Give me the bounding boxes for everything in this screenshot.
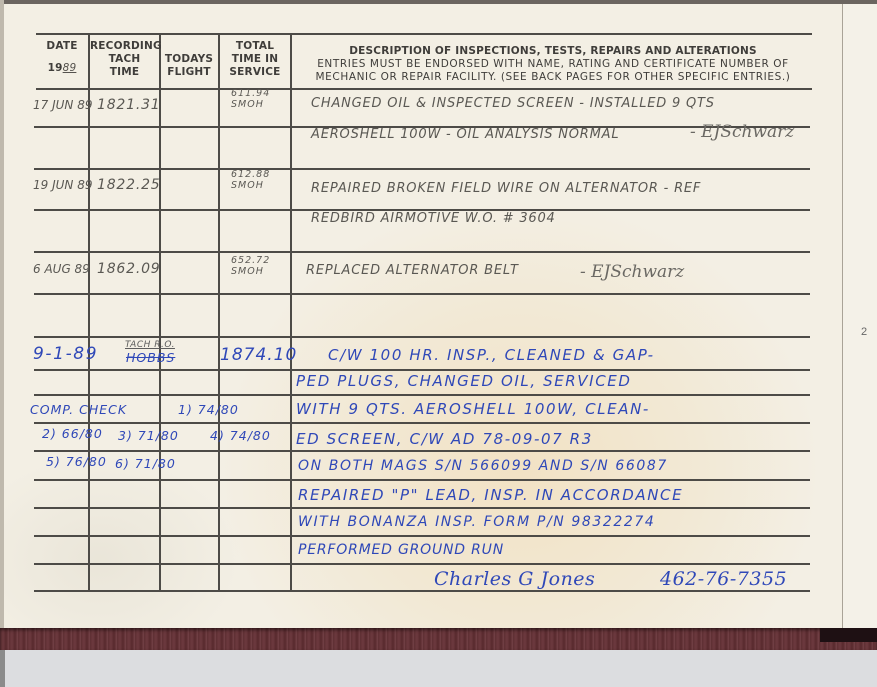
header-tach-line3: TIME bbox=[90, 66, 159, 79]
header-flight-line1: TODAYS bbox=[160, 53, 218, 66]
entry-total-time-note: SMOH bbox=[231, 100, 264, 110]
book-binding bbox=[0, 628, 877, 650]
compression-check-label: COMP. CHECK bbox=[30, 402, 127, 417]
header-total-line1: TOTAL bbox=[220, 40, 290, 53]
header-description-title: DESCRIPTION OF INSPECTIONS, TESTS, REPAI… bbox=[296, 45, 810, 58]
grid-row-line bbox=[34, 293, 810, 295]
grid-col-line-date-tach bbox=[88, 33, 90, 591]
scanner-background bbox=[0, 650, 877, 687]
entry-date: 9-1-89 bbox=[33, 344, 98, 364]
grid-header-bottom-line bbox=[36, 88, 812, 90]
grid-row-line bbox=[34, 168, 810, 170]
adjacent-page-number: 2 bbox=[861, 326, 867, 338]
entry-date: 17 JUN 89 bbox=[33, 98, 92, 112]
entry-description-line: CHANGED OIL & INSPECTED SCREEN - INSTALL… bbox=[311, 96, 715, 111]
grid-col-line-total-desc bbox=[290, 33, 292, 591]
grid-col-line-flight-total bbox=[218, 33, 220, 591]
compression-check-cylinder: 5) 76/80 bbox=[46, 454, 107, 469]
entry-total-time: 611.94 bbox=[231, 89, 270, 99]
entry-description-line: C/W 100 HR. INSP., CLEANED & GAP- bbox=[328, 346, 655, 364]
entry-description-line: REPLACED ALTERNATOR BELT bbox=[306, 263, 519, 278]
entry-tach-label-struck: HOBBS bbox=[126, 350, 175, 365]
scanner-edge bbox=[0, 650, 5, 687]
entry-total-time-note: SMOH bbox=[231, 267, 264, 277]
compression-check-cylinder: 1) 74/80 bbox=[178, 402, 239, 417]
grid-bottom-line bbox=[34, 590, 810, 592]
header-date-label: DATE bbox=[36, 40, 88, 53]
binding-corner bbox=[820, 628, 877, 642]
header-description-line2: ENTRIES MUST BE ENDORSED WITH NAME, RATI… bbox=[296, 58, 810, 71]
header-total-line3: SERVICE bbox=[220, 66, 290, 79]
grid-row-line bbox=[34, 535, 810, 537]
entry-description-line: WITH BONANZA INSP. FORM P/N 98322274 bbox=[298, 514, 655, 530]
logbook-page bbox=[0, 0, 843, 628]
header-total-time-in-service: TOTAL TIME IN SERVICE bbox=[220, 40, 290, 79]
entry-signature: Charles G Jones bbox=[434, 568, 595, 590]
grid-col-line-tach-flight bbox=[159, 33, 161, 591]
grid-row-line bbox=[34, 479, 810, 481]
header-tach-line2: TACH bbox=[90, 53, 159, 66]
entry-certificate-number: 462-76-7355 bbox=[660, 568, 787, 590]
entry-description-line: REPAIRED BROKEN FIELD WIRE ON ALTERNATOR… bbox=[311, 181, 701, 196]
compression-check-cylinder: 2) 66/80 bbox=[42, 426, 103, 441]
grid-top-line bbox=[36, 33, 812, 35]
entry-signature: - EJSchwarz bbox=[580, 262, 684, 282]
header-year-prefix: 19 bbox=[48, 62, 63, 74]
header-tach-line1: RECORDING bbox=[90, 40, 159, 53]
entry-description-line: PERFORMED GROUND RUN bbox=[298, 542, 504, 558]
compression-check-cylinder: 3) 71/80 bbox=[118, 428, 179, 443]
entry-description-line: WITH 9 QTS. AEROSHELL 100W, CLEAN- bbox=[296, 400, 650, 418]
entry-description-line: REDBIRD AIRMOTIVE W.O. # 3604 bbox=[311, 211, 556, 226]
header-flight-line2: FLIGHT bbox=[160, 66, 218, 79]
entry-total-time: 652.72 bbox=[231, 256, 270, 266]
entry-date: 6 AUG 89 bbox=[33, 262, 90, 276]
entry-tach-time: 1874.10 bbox=[220, 345, 297, 365]
compression-check-cylinder: 4) 74/80 bbox=[210, 428, 271, 443]
header-date: DATE 1989 bbox=[36, 40, 88, 75]
header-todays-flight: TODAYS FLIGHT bbox=[160, 53, 218, 79]
header-recording-tach-time: RECORDING TACH TIME bbox=[90, 40, 159, 79]
adjacent-page bbox=[842, 0, 877, 628]
entry-description-line: ED SCREEN, C/W AD 78-09-07 R3 bbox=[296, 430, 593, 448]
header-year-handwritten: 89 bbox=[63, 62, 77, 74]
page-left-edge bbox=[0, 0, 4, 630]
entry-date: 19 JUN 89 bbox=[33, 178, 92, 192]
grid-row-line bbox=[34, 450, 810, 452]
entry-description-line: ON BOTH MAGS S/N 566099 AND S/N 66087 bbox=[298, 458, 668, 474]
grid-row-line bbox=[34, 336, 810, 338]
entry-total-time: 612.88 bbox=[231, 170, 270, 180]
grid-row-line bbox=[34, 394, 810, 396]
entry-tach-time: 1821.31 bbox=[97, 97, 161, 113]
header-description-line3: MECHANIC OR REPAIR FACILITY. (SEE BACK P… bbox=[296, 71, 810, 84]
entry-description-line: PED PLUGS, CHANGED OIL, SERVICED bbox=[296, 372, 632, 390]
page-top-edge bbox=[0, 0, 877, 4]
entry-signature: - EJSchwarz bbox=[690, 122, 794, 142]
entry-tach-label-above: TACH R.O. bbox=[125, 340, 175, 350]
compression-check-cylinder: 6) 71/80 bbox=[115, 456, 176, 471]
grid-row-line bbox=[34, 369, 810, 371]
grid-row-line bbox=[34, 563, 810, 565]
grid-row-line bbox=[34, 422, 810, 424]
entry-description-line: REPAIRED "P" LEAD, INSP. IN ACCORDANCE bbox=[298, 486, 683, 504]
header-total-line2: TIME IN bbox=[220, 53, 290, 66]
grid-row-line bbox=[34, 507, 810, 509]
header-year: 1989 bbox=[36, 62, 88, 75]
entry-total-time-note: SMOH bbox=[231, 181, 264, 191]
entry-tach-time: 1822.25 bbox=[97, 177, 161, 193]
entry-description-line: AEROSHELL 100W - OIL ANALYSIS NORMAL bbox=[311, 127, 619, 142]
entry-tach-time: 1862.09 bbox=[97, 261, 161, 277]
header-description: DESCRIPTION OF INSPECTIONS, TESTS, REPAI… bbox=[296, 45, 810, 84]
grid-row-line bbox=[34, 251, 810, 253]
